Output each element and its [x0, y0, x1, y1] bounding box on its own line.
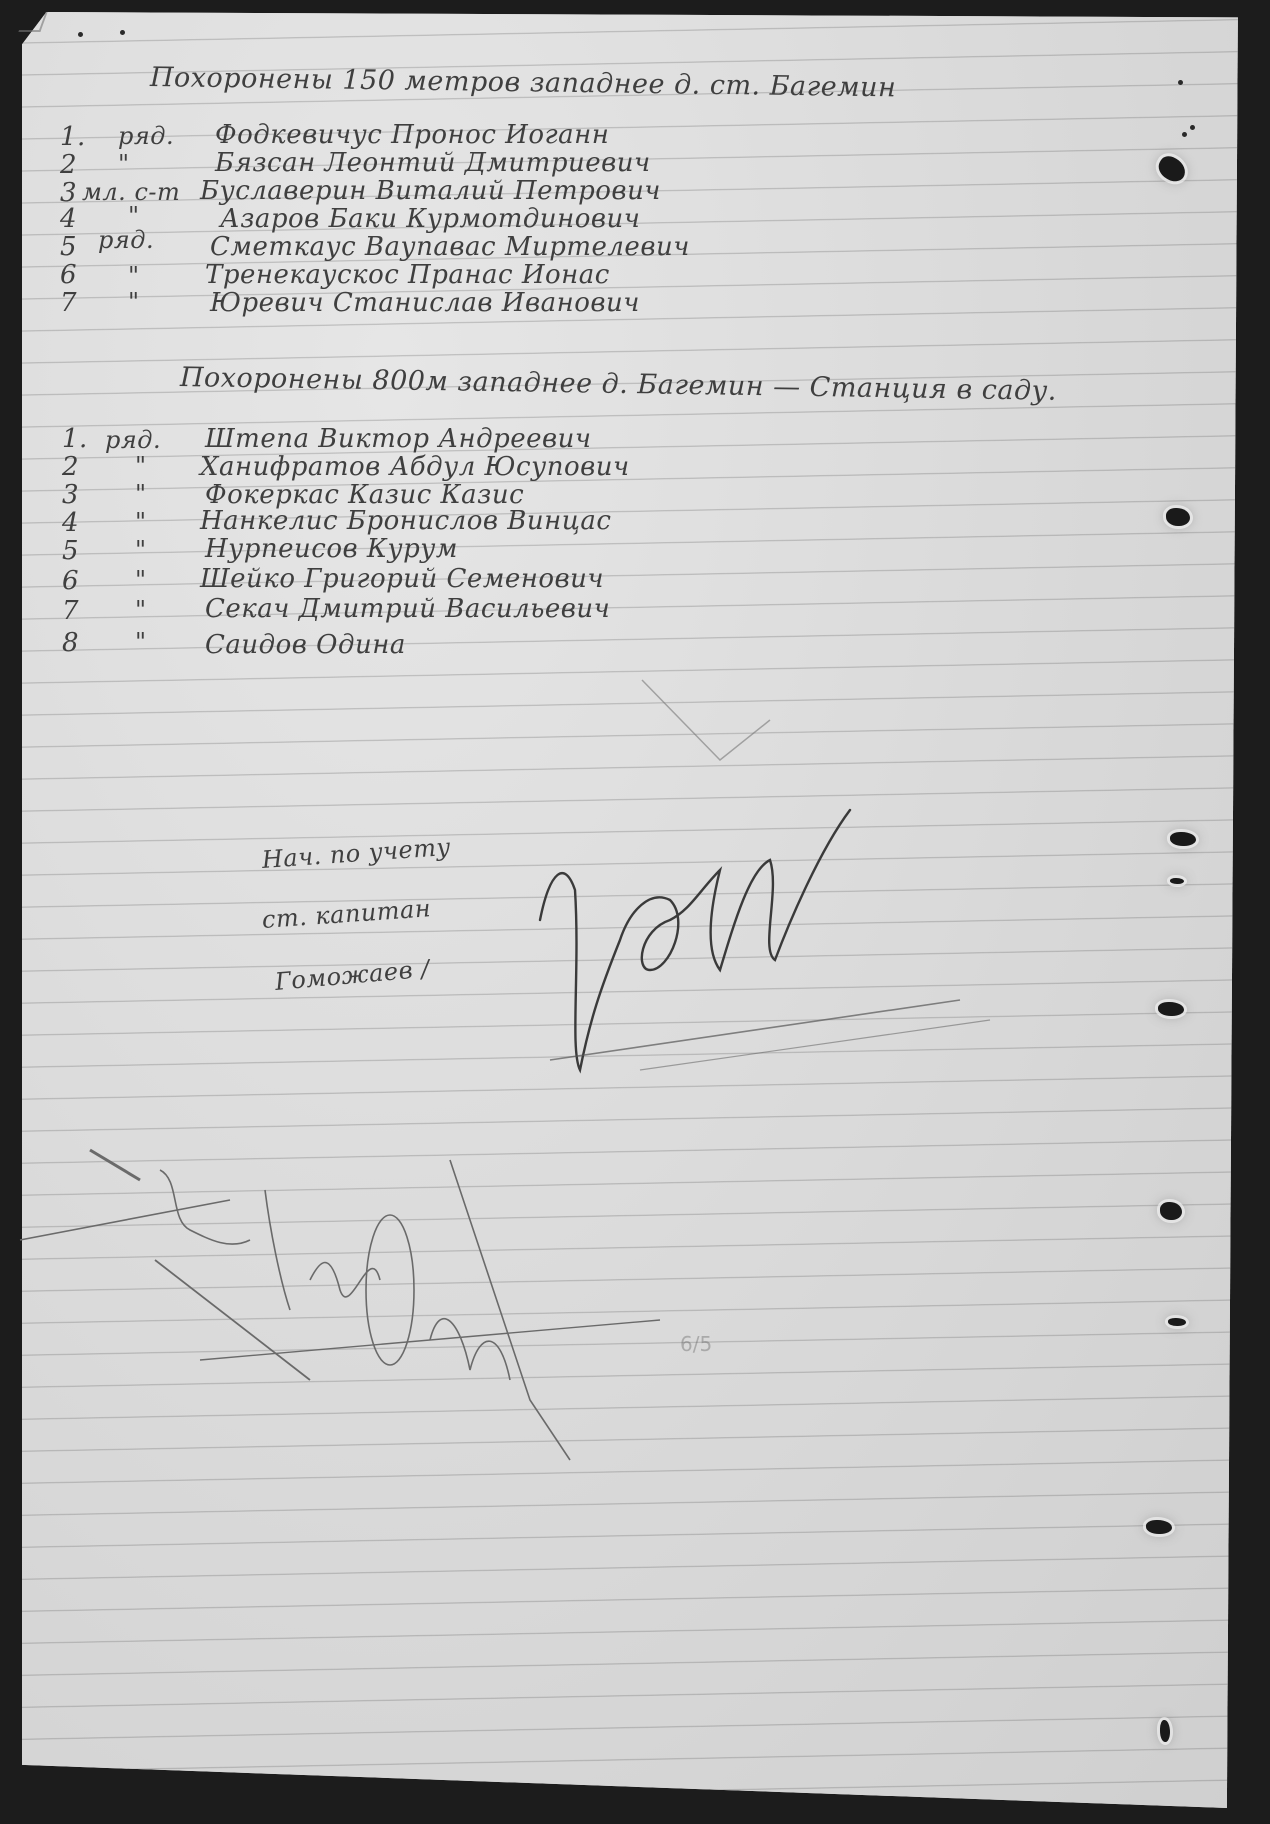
soldier-name: Саидов Одина [205, 630, 406, 660]
soldier-name: Сметкаус Ваупавас Миртелевич [210, 232, 690, 262]
rank: " [135, 628, 147, 656]
soldier-name: Юревич Станислав Иванович [210, 288, 640, 318]
rank: " [135, 566, 147, 594]
pencil-mark [630, 660, 830, 780]
punch-hole [1170, 878, 1184, 884]
rank: " [135, 536, 147, 564]
soldier-name: Секач Дмитрий Васильевич [205, 594, 610, 624]
signature-2 [10, 1140, 610, 1480]
punch-hole [1160, 1720, 1170, 1742]
punch-hole [1160, 1202, 1182, 1220]
punch-hole [1166, 508, 1190, 526]
row-number: 8 [62, 628, 79, 658]
row-number: 6 [60, 260, 77, 290]
soldier-name: Бязсан Леонтий Дмитриевич [215, 148, 651, 178]
row-number: 4 [62, 508, 79, 538]
punch-hole [1158, 1002, 1184, 1016]
punch-hole [1168, 1318, 1186, 1326]
row-number: 7 [62, 596, 79, 626]
rank: " [118, 150, 130, 178]
rank: " [128, 262, 140, 290]
soldier-name: Фодкевичус Пронос Иоганн [215, 120, 609, 150]
soldier-name: Нурпеисов Курум [205, 534, 458, 564]
punch-hole [1170, 832, 1196, 846]
soldier-name: Нанкелис Бронислов Винцас [200, 506, 611, 536]
soldier-name: Азаров Баки Курмотдинович [220, 204, 640, 234]
punch-hole [1146, 1520, 1172, 1534]
row-number: 3 [62, 480, 79, 510]
paper-speck [120, 30, 125, 35]
paper-speck [1182, 132, 1187, 137]
row-number: 5 [62, 536, 79, 566]
soldier-name: Штепа Виктор Андреевич [205, 424, 592, 454]
soldier-name: Буславерин Виталий Петрович [200, 176, 661, 206]
paper-speck [78, 32, 83, 37]
rank: ряд. [105, 426, 161, 454]
paper-speck [1178, 80, 1183, 85]
paper-speck [1190, 125, 1195, 130]
row-number: 5 [60, 232, 77, 262]
rank: " [135, 508, 147, 536]
soldier-name: Тренекаускос Пранас Ионас [205, 260, 610, 290]
soldier-name: Шейко Григорий Семенович [200, 564, 604, 594]
faint-stamp-mark: 6/5 [680, 1332, 712, 1356]
row-number: 2 [62, 452, 79, 482]
signature-1 [520, 770, 920, 1110]
rank: " [135, 596, 147, 624]
rank: ряд. [118, 122, 174, 150]
soldier-name: Ханифратов Абдул Юсупович [200, 452, 630, 482]
row-number: 6 [62, 566, 79, 596]
rank: " [135, 452, 147, 480]
rank: ряд. [98, 226, 154, 254]
row-number: 1. [62, 424, 88, 454]
row-number: 4 [60, 204, 77, 234]
rank: " [135, 480, 147, 508]
row-number: 2 [60, 150, 77, 180]
row-number: 1. [60, 122, 86, 152]
row-number: 7 [60, 288, 77, 318]
rank: " [128, 288, 140, 316]
